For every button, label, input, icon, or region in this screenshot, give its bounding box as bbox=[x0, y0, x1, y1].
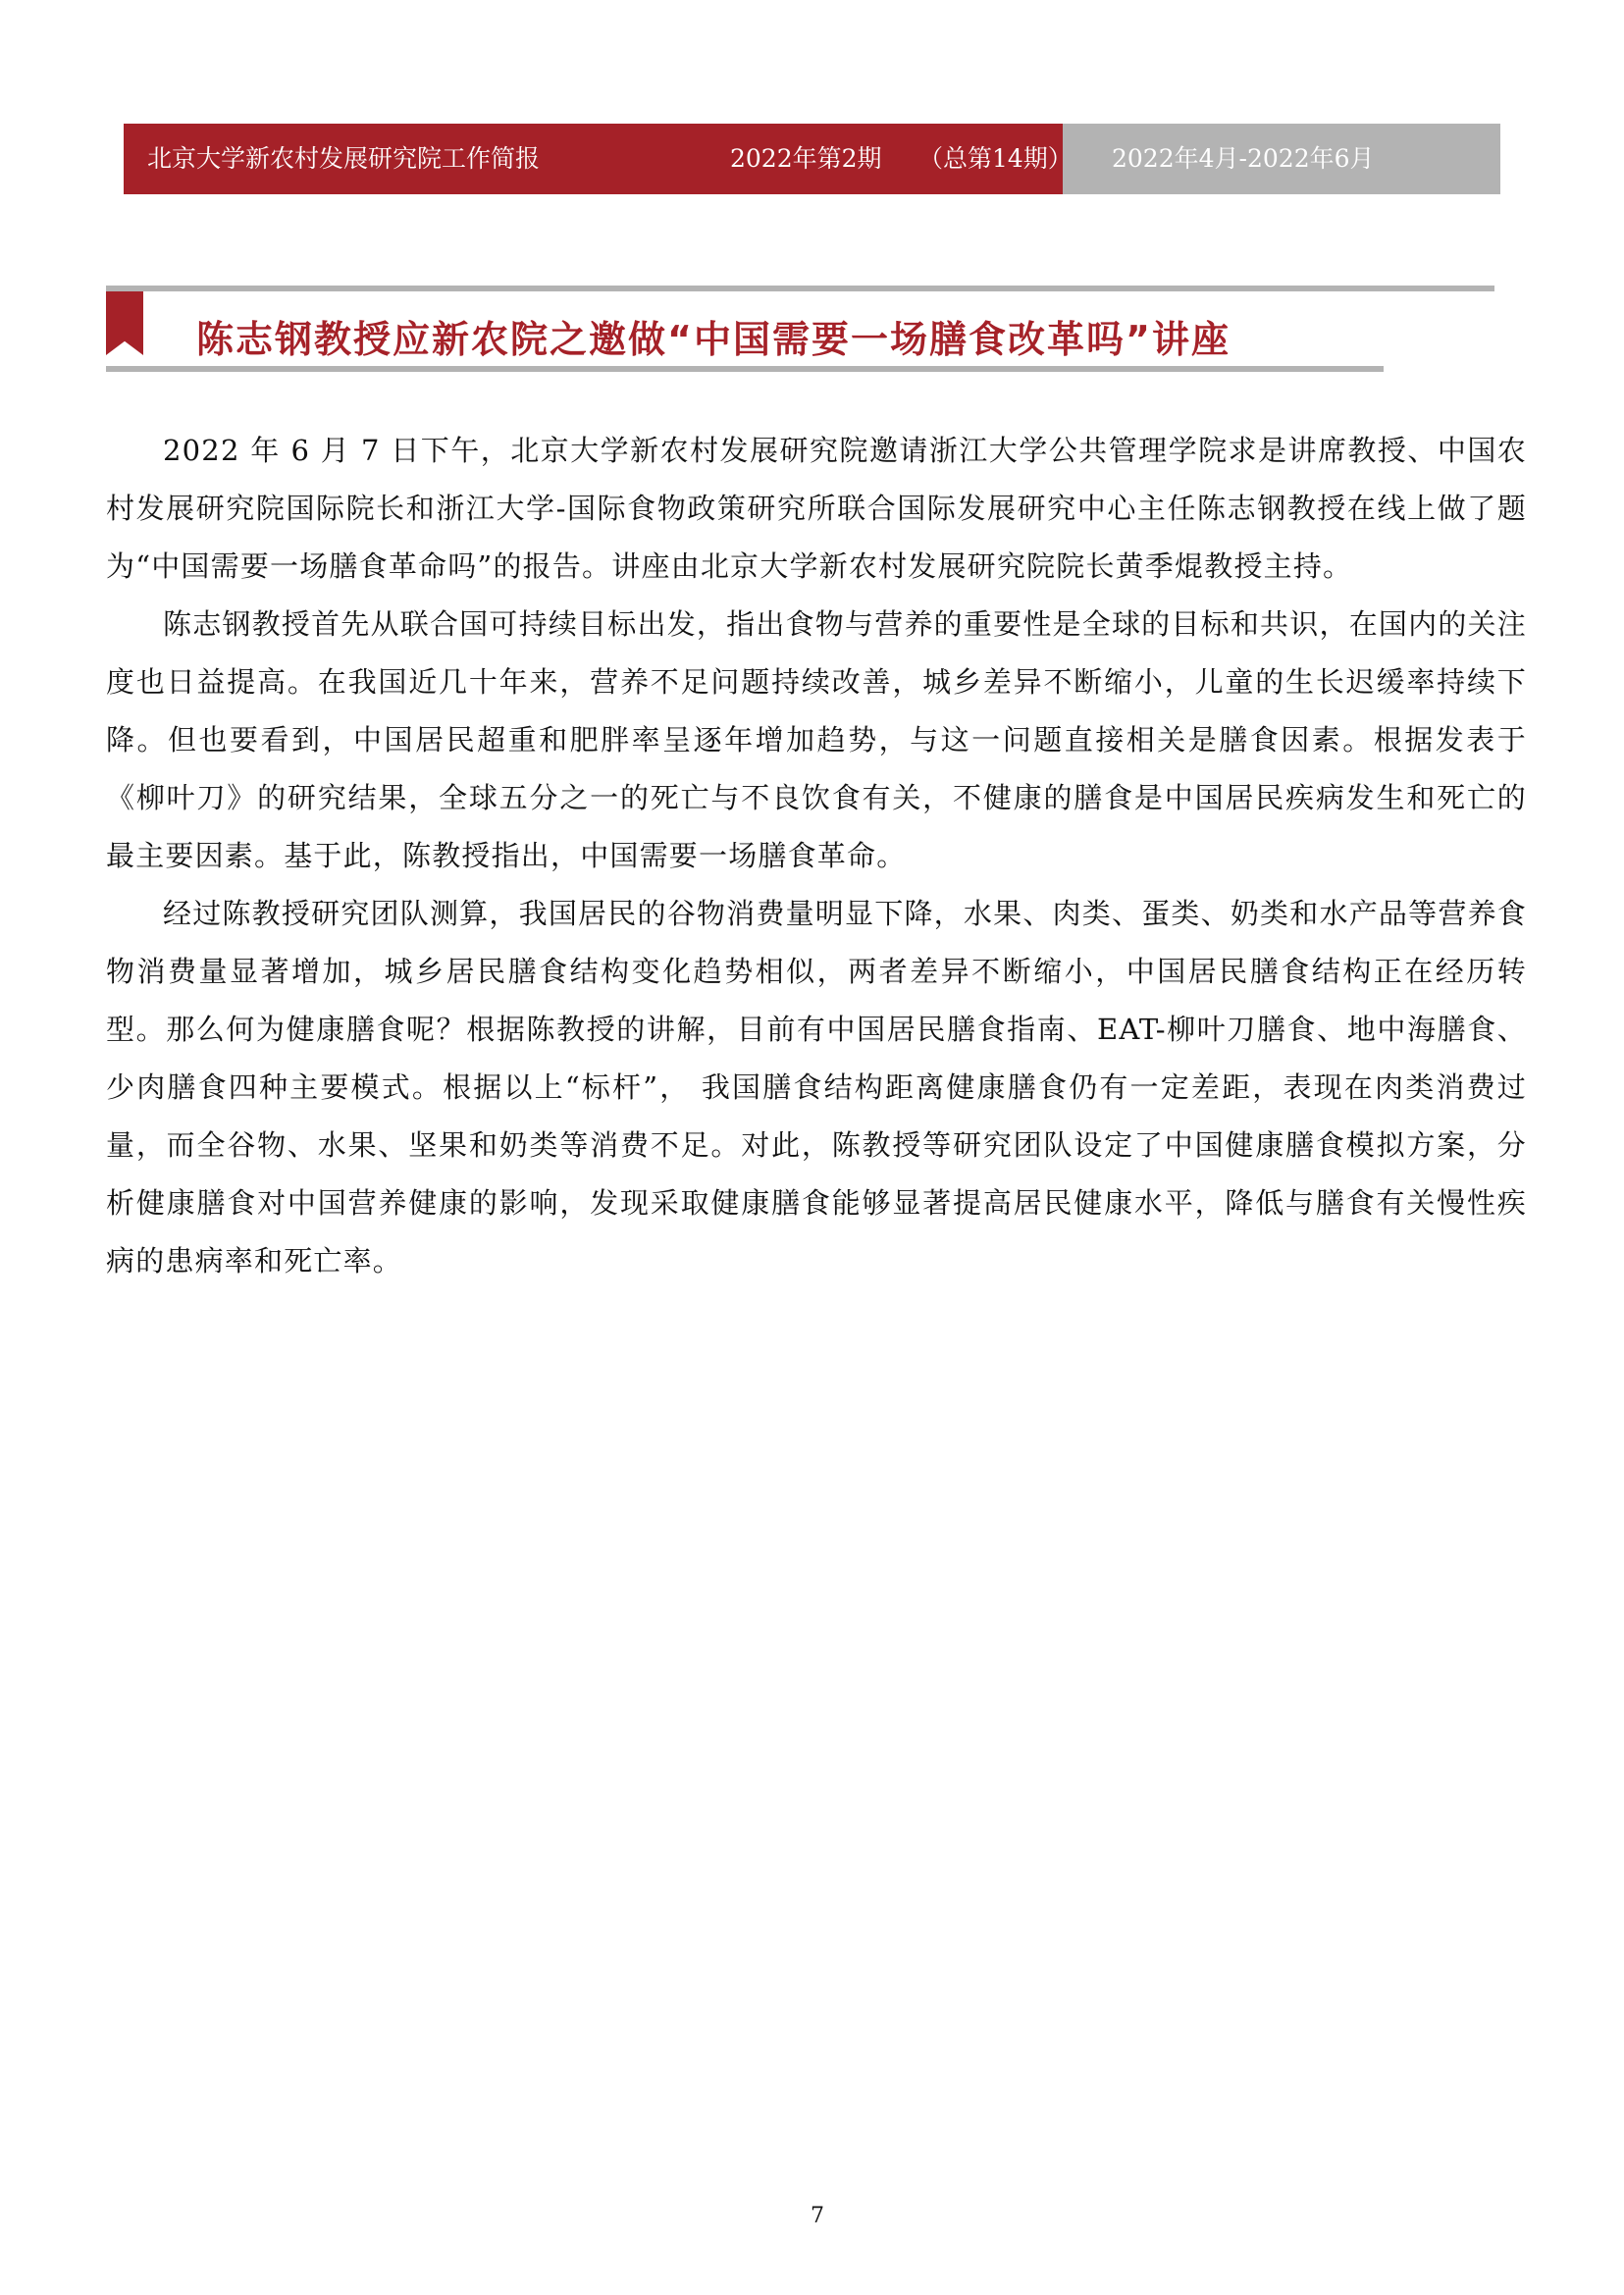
title-bottom-divider bbox=[106, 366, 1384, 372]
paragraph-3: 经过陈教授研究团队测算，我国居民的谷物消费量明显下降，水果、肉类、蛋类、奶类和水… bbox=[106, 885, 1527, 1290]
paragraph-1: 2022 年 6 月 7 日下午，北京大学新农村发展研究院邀请浙江大学公共管理学… bbox=[106, 422, 1527, 596]
header-gray-section: 2022年4月-2022年6月 bbox=[1063, 124, 1500, 194]
article-title: 陈志钢教授应新农院之邀做“中国需要一场膳食改革吗”讲座 bbox=[196, 316, 1231, 363]
total-issue-number: （总第14期） bbox=[918, 143, 1073, 175]
paragraph-2: 陈志钢教授首先从联合国可持续目标出发，指出食物与营养的重要性是全球的目标和共识，… bbox=[106, 596, 1527, 885]
header-bar: 北京大学新农村发展研究院工作简报 2022年第2期 （总第14期） 2022年4… bbox=[124, 124, 1500, 194]
title-top-divider bbox=[106, 286, 1494, 291]
date-range: 2022年4月-2022年6月 bbox=[1112, 143, 1375, 175]
issue-number: 2022年第2期 bbox=[730, 143, 882, 175]
page-number: 7 bbox=[811, 2204, 824, 2228]
header-red-section: 北京大学新农村发展研究院工作简报 2022年第2期 （总第14期） bbox=[124, 124, 1063, 194]
bookmark-ribbon-icon bbox=[106, 291, 143, 355]
article-body: 2022 年 6 月 7 日下午，北京大学新农村发展研究院邀请浙江大学公共管理学… bbox=[106, 422, 1527, 1290]
publication-title: 北京大学新农村发展研究院工作简报 bbox=[147, 143, 540, 175]
